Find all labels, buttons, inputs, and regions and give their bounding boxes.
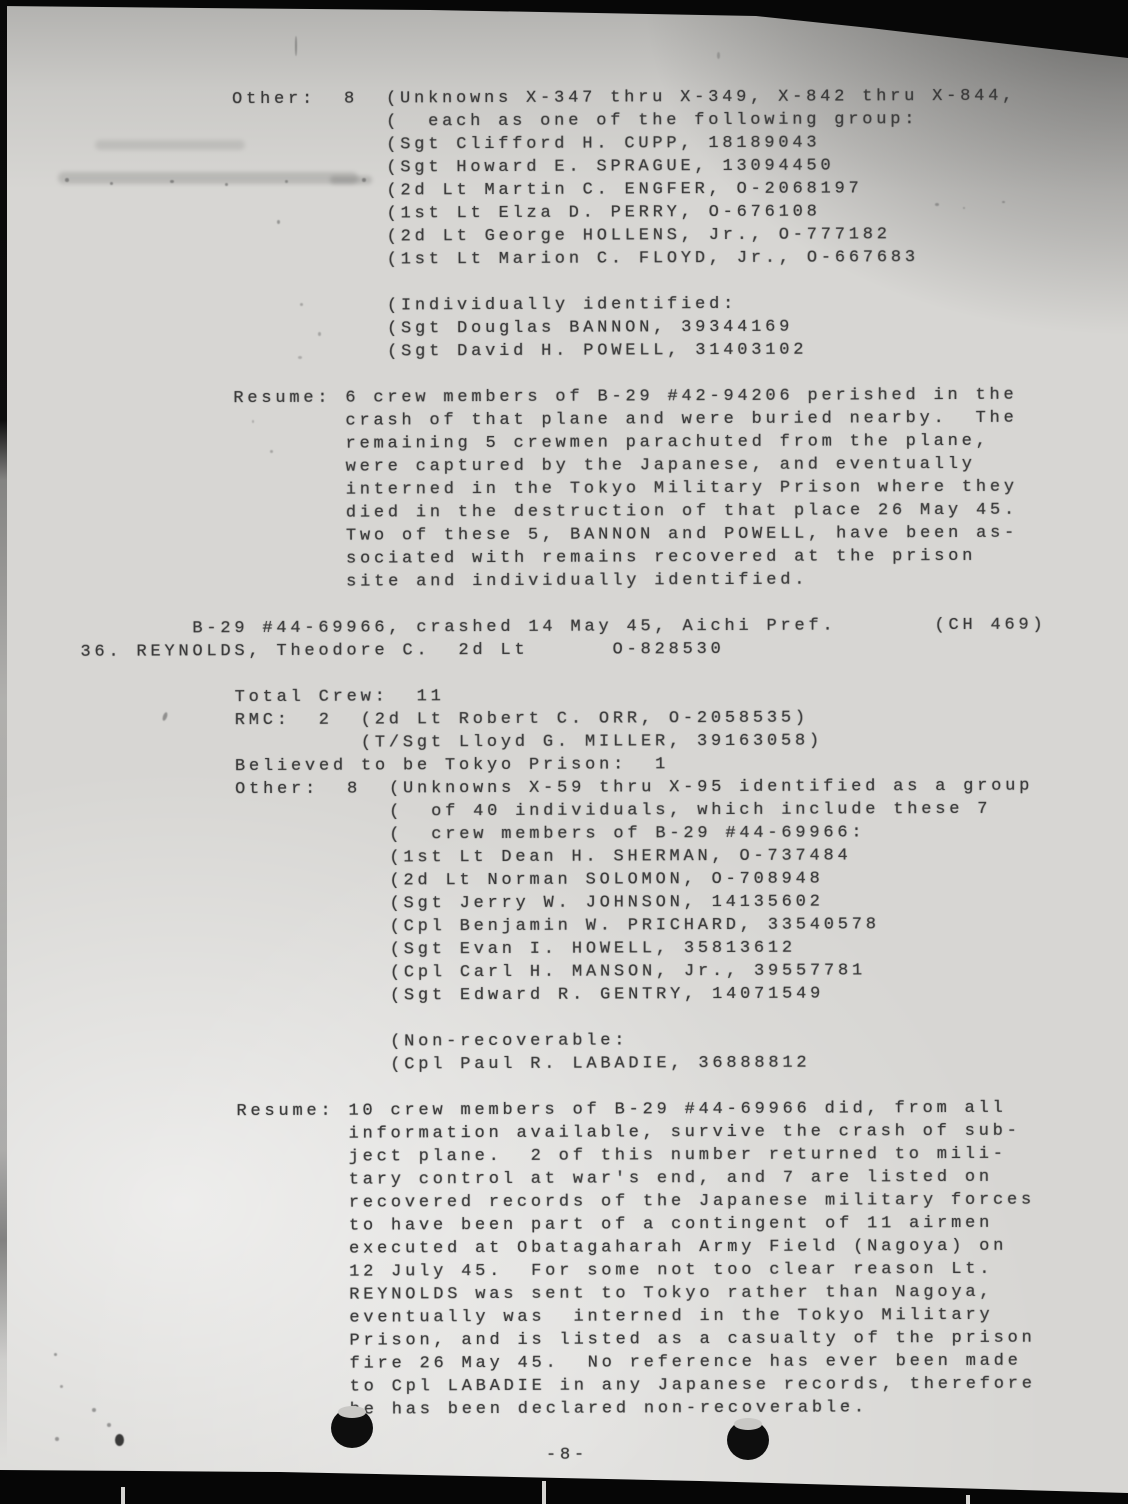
- scanner-gap-line: [966, 1495, 970, 1504]
- entry-36-header-block: B-29 #44-69966, crashed 14 May 45, Aichi…: [38, 614, 1046, 664]
- entry-36-nonrecoverable-block: (Non-recoverable: (Cpl Paul R. LABADIE, …: [40, 1028, 1048, 1078]
- entry-36-resume-block: Resume: 10 crew members of B-29 #44-6996…: [40, 1097, 1050, 1423]
- hole-punch-right: [727, 1420, 769, 1460]
- scan-speck: [115, 1434, 124, 1446]
- entry-36-details-block: Total Crew: 11 RMC: 2 (2d Lt Robert C. O…: [39, 683, 1049, 1009]
- scan-speck: [717, 52, 720, 59]
- entry-35-other-block: Other: 8 (Unknowns X-347 thru X-349, X-8…: [36, 85, 1045, 273]
- scan-speck: [55, 1437, 59, 1441]
- scanner-gap-line: [542, 1481, 546, 1504]
- scan-speck: [107, 1423, 111, 1427]
- typewritten-text: Other: 8 (Unknowns X-347 thru X-349, X-8…: [36, 85, 1050, 1423]
- entry-35-individually-identified-block: (Individually identified: (Sgt Douglas B…: [37, 292, 1045, 365]
- scanner-gap-line: [121, 1487, 125, 1504]
- scan-speck: [295, 36, 297, 56]
- page-number: -8-: [546, 1444, 588, 1467]
- entry-35-resume-block: Resume: 6 crew members of B-29 #42-94206…: [37, 384, 1046, 595]
- scanned-page: Other: 8 (Unknowns X-347 thru X-349, X-8…: [0, 0, 1128, 1504]
- hole-punch-left: [331, 1408, 373, 1448]
- scanner-edge-left: [0, 0, 7, 1475]
